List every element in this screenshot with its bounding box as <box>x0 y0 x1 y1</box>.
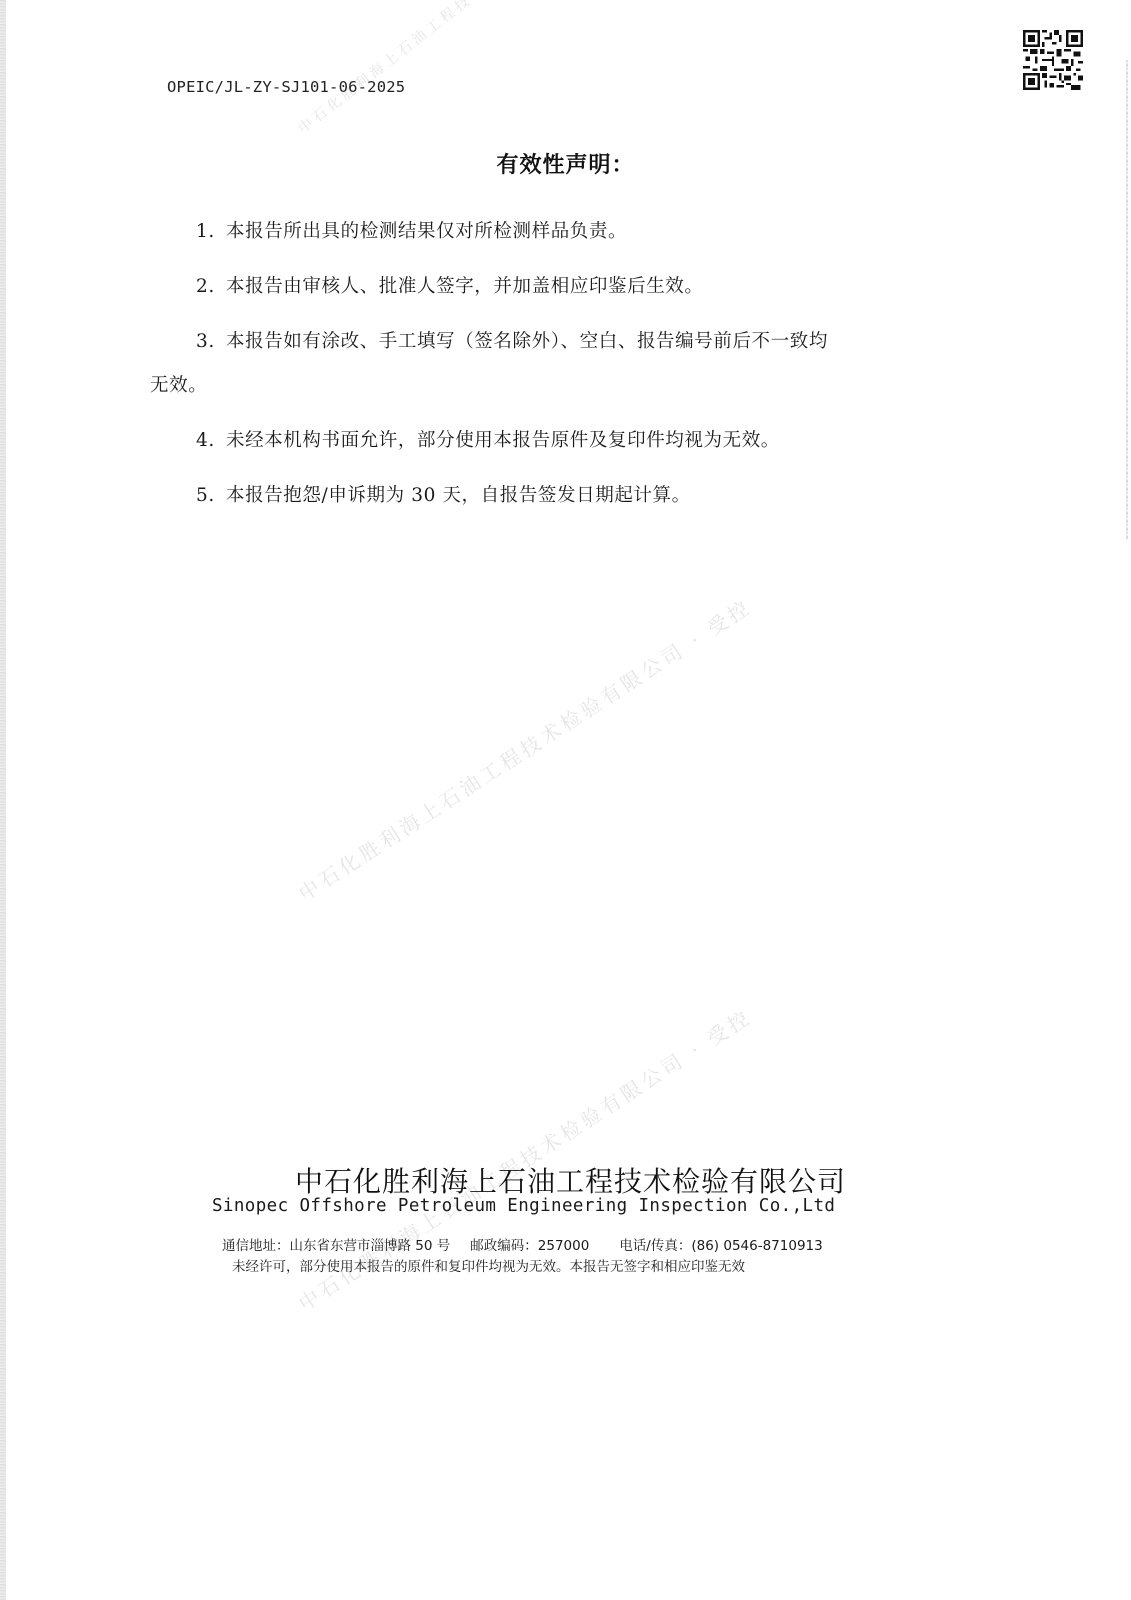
footer-contact-line: 通信地址：山东省东营市淄博路 50 号邮政编码：257000电话/传真：(86)… <box>222 1234 823 1254</box>
clause-number: 1. <box>196 221 226 242</box>
company-name-en: Sinopec Offshore Petroleum Engineering I… <box>212 1196 835 1216</box>
watermark-top: 中石化胜利海上石油工程技术检验有限公司 · 受控 <box>294 0 624 138</box>
watermark-middle: 中石化胜利海上石油工程技术检验有限公司 · 受控 <box>292 591 757 907</box>
footer-notice: 未经许可，部分使用本报告的原件和复印件均视为无效。本报告无签字和相应印鉴无效 <box>232 1255 745 1275</box>
clause-number: 3. <box>196 331 226 352</box>
clause-text: 未经本机构书面允许，部分使用本报告原件及复印件均视为无效。 <box>226 430 780 451</box>
clause-text: 本报告抱怨/申诉期为 30 天，自报告签发日期起计算。 <box>226 485 691 506</box>
clause-3-continuation: 无效。 <box>150 371 207 397</box>
clause-3: 3.本报告如有涂改、手工填写（签名除外）、空白、报告编号前后不一致均 <box>196 327 828 353</box>
clause-text: 本报告所出具的检测结果仅对所检测样品负责。 <box>226 221 627 242</box>
company-name-cn: 中石化胜利海上石油工程技术检验有限公司 <box>0 1160 1131 1200</box>
document-code: OPEIC/JL-ZY-SJ101-06-2025 <box>167 78 405 96</box>
scan-edge-right <box>1126 60 1128 540</box>
footer-phone: 电话/传真：(86) 0546-8710913 <box>619 1238 822 1254</box>
page-title: 有效性声明： <box>0 148 1131 179</box>
footer-postcode: 邮政编码：257000 <box>470 1238 589 1254</box>
clause-2: 2.本报告由审核人、批准人签字，并加盖相应印鉴后生效。 <box>196 272 704 298</box>
clause-number: 5. <box>196 485 226 506</box>
clause-number: 4. <box>196 430 226 451</box>
footer-address: 通信地址：山东省东营市淄博路 50 号 <box>222 1238 450 1254</box>
clause-text: 本报告由审核人、批准人签字，并加盖相应印鉴后生效。 <box>226 276 704 297</box>
clause-text: 本报告如有涂改、手工填写（签名除外）、空白、报告编号前后不一致均 <box>226 331 828 352</box>
scan-edge-left <box>0 0 6 1600</box>
clause-5: 5.本报告抱怨/申诉期为 30 天，自报告签发日期起计算。 <box>196 481 691 507</box>
clause-number: 2. <box>196 276 226 297</box>
qr-code-icon[interactable] <box>1023 30 1083 90</box>
clause-1: 1.本报告所出具的检测结果仅对所检测样品负责。 <box>196 217 627 243</box>
clause-4: 4.未经本机构书面允许，部分使用本报告原件及复印件均视为无效。 <box>196 426 780 452</box>
